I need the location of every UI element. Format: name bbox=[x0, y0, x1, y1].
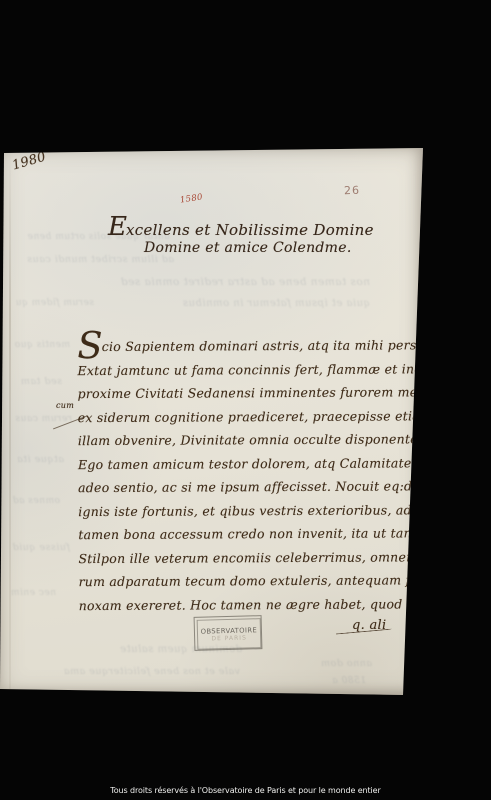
archive-number: 1980 bbox=[11, 150, 48, 174]
manuscript-line: proxime Civitati Sedanensi imminentes fu… bbox=[78, 380, 491, 406]
manuscript-line: noxam exereret. Hoc tamen ne ægre habet,… bbox=[79, 591, 491, 617]
bleedthrough-text: quia et ipsum fatemur in omnibus bbox=[120, 298, 370, 309]
salutation-line-2: Domine et amice Colendme. bbox=[144, 240, 352, 256]
manuscript-page: 1980 26 1580 Excellens et Nobilissime Do… bbox=[0, 148, 424, 695]
bleedthrough-text: nos tamen bene ad astra rediret omnia se… bbox=[70, 276, 370, 288]
stamp-text-line-2: DE PARIS bbox=[211, 634, 247, 642]
manuscript-line: rum adparatum tecum domo extuleris, ante… bbox=[78, 568, 491, 594]
manuscript-line: Extat jamtunc ut fama concinnis fert, fl… bbox=[77, 356, 491, 382]
observatory-stamp: OBSERVATOIRE DE PARIS bbox=[194, 615, 263, 651]
copyright-caption: Tous droits réservés à l'Observatoire de… bbox=[0, 786, 491, 795]
page-edge-crease bbox=[9, 148, 11, 689]
bleedthrough-text: vale et nos bene feliciterque ama bbox=[30, 666, 240, 677]
year-annotation: 1580 bbox=[179, 192, 203, 205]
folio-number: 26 bbox=[344, 184, 360, 198]
manuscript-line: Ego tamen amicum testor dolorem, atq Cal… bbox=[78, 450, 491, 476]
manuscript-line: Stilpon ille veterum encomiis celeberrim… bbox=[78, 544, 491, 570]
observatory-stamp-border: OBSERVATOIRE DE PARIS bbox=[197, 618, 262, 650]
salutation-line-1: Excellens et Nobilissime Domine bbox=[108, 212, 374, 242]
manuscript-line: adeo sentio, ac si me ipsum affecisset. … bbox=[78, 474, 491, 500]
manuscript-line: ex siderum cognitione praediceret, praec… bbox=[78, 403, 491, 429]
manuscript-line: ignis iste fortunis, et qibus vestris ex… bbox=[78, 497, 491, 523]
bleedthrough-text: 1580 a bbox=[296, 676, 366, 686]
scanned-manuscript-viewer: 1980 26 1580 Excellens et Nobilissime Do… bbox=[0, 0, 491, 800]
letter-body: Scio Sapientem dominari astris, atq ita … bbox=[77, 333, 491, 617]
bleedthrough-text: serum fidem qu bbox=[4, 298, 94, 308]
manuscript-line: Scio Sapientem dominari astris, atq ita … bbox=[77, 333, 491, 359]
bleedthrough-text: anno dom bbox=[282, 658, 372, 669]
interline-insertion: cum bbox=[56, 401, 74, 410]
manuscript-line: illam obvenire, Divinitate omnia occulte… bbox=[78, 427, 491, 453]
catchword-signature: q. ali bbox=[352, 618, 386, 633]
manuscript-line: tamen bona accessum credo non invenit, i… bbox=[78, 521, 491, 547]
